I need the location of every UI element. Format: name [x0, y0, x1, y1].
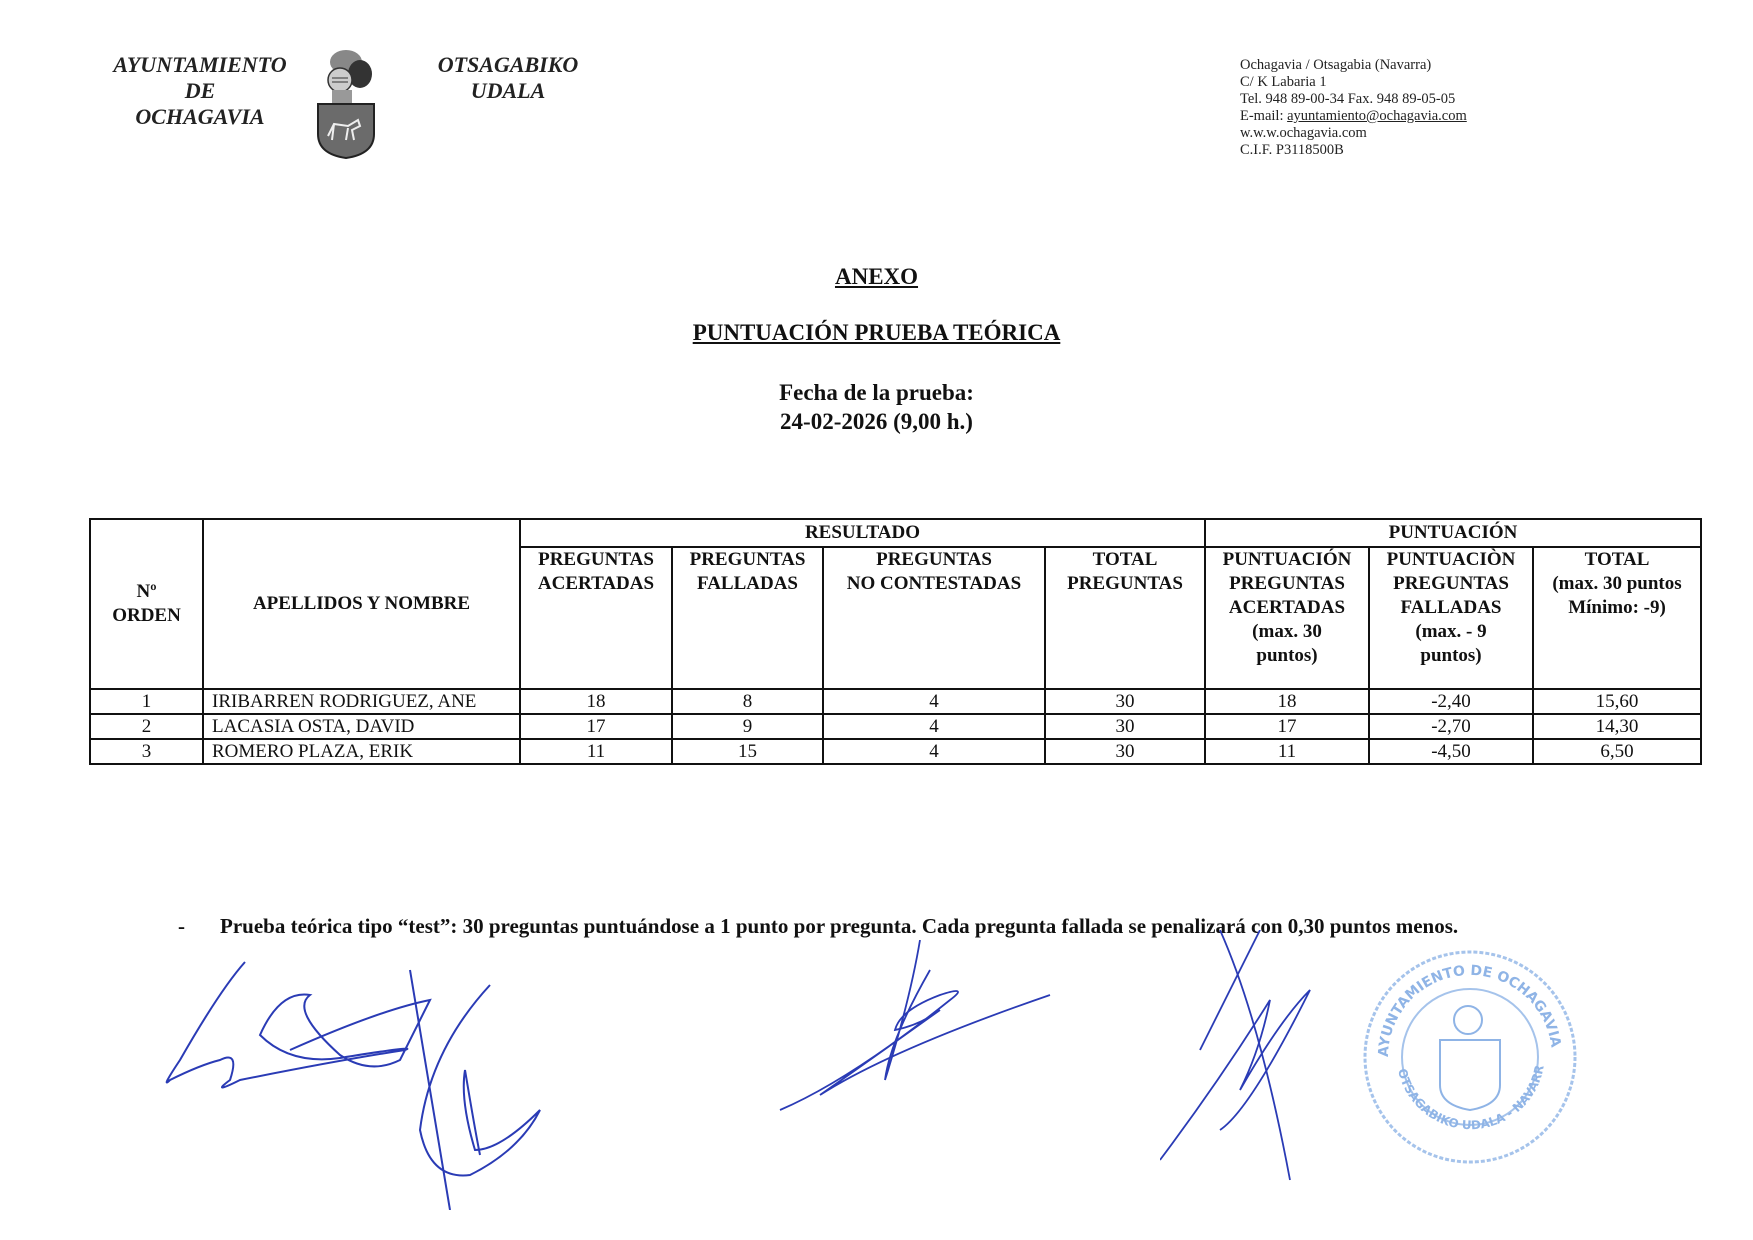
cell-no-contestadas: 4	[823, 739, 1045, 764]
header-falladas: PREGUNTAS FALLADAS	[672, 547, 823, 689]
cell-total: 15,60	[1533, 689, 1701, 714]
contact-cif: C.I.F. P3118500B	[1240, 142, 1467, 159]
header-line: PREGUNTAS	[521, 548, 671, 572]
header-line: puntos)	[1370, 644, 1532, 668]
header-line: PREGUNTAS	[824, 548, 1044, 572]
official-stamp-icon: AYUNTAMIENTO DE OCHAGAVIA OTSAGABIKO UDA…	[1358, 945, 1583, 1175]
contact-street: C/ K Labaria 1	[1240, 74, 1467, 91]
header-line: TOTAL	[1534, 548, 1700, 572]
header-total-preguntas: TOTAL PREGUNTAS	[1045, 547, 1205, 689]
header-orden: Nº ORDEN	[90, 519, 203, 689]
cell-nombre: LACASIA OSTA, DAVID	[203, 714, 520, 739]
cell-nombre: IRIBARREN RODRIGUEZ, ANE	[203, 689, 520, 714]
document-subtitle: PUNTUACIÓN PRUEBA TEÓRICA	[0, 320, 1753, 346]
letterhead-left-line-3: OCHAGAVIA	[95, 104, 305, 130]
cell-falladas: 8	[672, 689, 823, 714]
results-body: 1IRIBARREN RODRIGUEZ, ANE18843018-2,4015…	[90, 689, 1701, 764]
cell-punt-acertadas: 17	[1205, 714, 1369, 739]
signature-1-icon	[140, 950, 580, 1210]
cell-no-contestadas: 4	[823, 689, 1045, 714]
cell-acertadas: 18	[520, 689, 672, 714]
table-row: 1IRIBARREN RODRIGUEZ, ANE18843018-2,4015…	[90, 689, 1701, 714]
document-heading: ANEXO	[0, 264, 1753, 290]
cell-total: 14,30	[1533, 714, 1701, 739]
header-line: ACERTADAS	[1206, 596, 1368, 620]
letterhead-right-line-1: OTSAGABIKO	[418, 52, 598, 78]
exam-date-label: Fecha de la prueba:	[0, 378, 1753, 407]
header-group-puntuacion: PUNTUACIÓN	[1205, 519, 1701, 547]
contact-address: Ochagavia / Otsagabia (Navarra)	[1240, 57, 1467, 74]
header-line: TOTAL	[1046, 548, 1204, 572]
contact-web: w.w.w.ochagavia.com	[1240, 125, 1467, 142]
header-group-resultado: RESULTADO	[520, 519, 1205, 547]
header-line: (max. - 9	[1370, 620, 1532, 644]
header-orden-line: ORDEN	[91, 604, 202, 628]
header-line: ACERTADAS	[521, 572, 671, 596]
header-line: PUNTUACIÒN	[1370, 548, 1532, 572]
cell-punt-falladas: -4,50	[1369, 739, 1533, 764]
header-line: NO CONTESTADAS	[824, 572, 1044, 596]
header-line: FALLADAS	[673, 572, 822, 596]
contact-email-link[interactable]: ayuntamiento@ochagavia.com	[1287, 108, 1467, 124]
header-acertadas: PREGUNTAS ACERTADAS	[520, 547, 672, 689]
header-nombre: APELLIDOS Y NOMBRE	[203, 519, 520, 689]
letterhead-left: AYUNTAMIENTO DE OCHAGAVIA	[95, 52, 305, 130]
cell-punt-acertadas: 18	[1205, 689, 1369, 714]
cell-total-preguntas: 30	[1045, 689, 1205, 714]
header-orden-line: Nº	[91, 580, 202, 604]
header-total: TOTAL (max. 30 puntos Mínimo: -9)	[1533, 547, 1701, 689]
letterhead-right-line-2: UDALA	[418, 78, 598, 104]
cell-punt-acertadas: 11	[1205, 739, 1369, 764]
cell-punt-falladas: -2,70	[1369, 714, 1533, 739]
cell-acertadas: 17	[520, 714, 672, 739]
letterhead-left-line-2: DE	[95, 78, 305, 104]
contact-email-label: E-mail:	[1240, 108, 1287, 124]
footnote-bullet: -	[178, 914, 220, 939]
header-line: (max. 30 puntos	[1534, 572, 1700, 596]
cell-orden: 2	[90, 714, 203, 739]
cell-total-preguntas: 30	[1045, 739, 1205, 764]
header-line: FALLADAS	[1370, 596, 1532, 620]
coat-of-arms-icon	[312, 48, 380, 160]
cell-total: 6,50	[1533, 739, 1701, 764]
cell-no-contestadas: 4	[823, 714, 1045, 739]
results-table: Nº ORDEN APELLIDOS Y NOMBRE RESULTADO PU…	[89, 518, 1702, 765]
signature-2-icon	[770, 940, 1060, 1120]
cell-total-preguntas: 30	[1045, 714, 1205, 739]
contact-block: Ochagavia / Otsagabia (Navarra) C/ K Lab…	[1240, 57, 1467, 159]
header-line: PREGUNTAS	[1370, 572, 1532, 596]
letterhead-right: OTSAGABIKO UDALA	[418, 52, 598, 104]
cell-orden: 1	[90, 689, 203, 714]
header-line: Mínimo: -9)	[1534, 596, 1700, 620]
exam-date-value: 24-02-2026 (9,00 h.)	[0, 407, 1753, 436]
cell-falladas: 15	[672, 739, 823, 764]
header-line: PREGUNTAS	[673, 548, 822, 572]
header-line: PUNTUACIÓN	[1206, 548, 1368, 572]
table-row: 2LACASIA OSTA, DAVID17943017-2,7014,30	[90, 714, 1701, 739]
contact-email: E-mail: ayuntamiento@ochagavia.com	[1240, 108, 1467, 125]
cell-punt-falladas: -2,40	[1369, 689, 1533, 714]
header-line: PREGUNTAS	[1046, 572, 1204, 596]
header-line: puntos)	[1206, 644, 1368, 668]
letterhead-left-line-1: AYUNTAMIENTO	[95, 52, 305, 78]
table-row: 3ROMERO PLAZA, ERIK111543011-4,506,50	[90, 739, 1701, 764]
cell-acertadas: 11	[520, 739, 672, 764]
cell-orden: 3	[90, 739, 203, 764]
cell-nombre: ROMERO PLAZA, ERIK	[203, 739, 520, 764]
header-no-contestadas: PREGUNTAS NO CONTESTADAS	[823, 547, 1045, 689]
header-line: (max. 30	[1206, 620, 1368, 644]
contact-phone: Tel. 948 89-00-34 Fax. 948 89-05-05	[1240, 91, 1467, 108]
exam-date: Fecha de la prueba: 24-02-2026 (9,00 h.)	[0, 378, 1753, 436]
cell-falladas: 9	[672, 714, 823, 739]
header-puntuacion-falladas: PUNTUACIÒN PREGUNTAS FALLADAS (max. - 9 …	[1369, 547, 1533, 689]
signature-3-icon	[1160, 930, 1330, 1190]
header-puntuacion-acertadas: PUNTUACIÓN PREGUNTAS ACERTADAS (max. 30 …	[1205, 547, 1369, 689]
header-line: PREGUNTAS	[1206, 572, 1368, 596]
